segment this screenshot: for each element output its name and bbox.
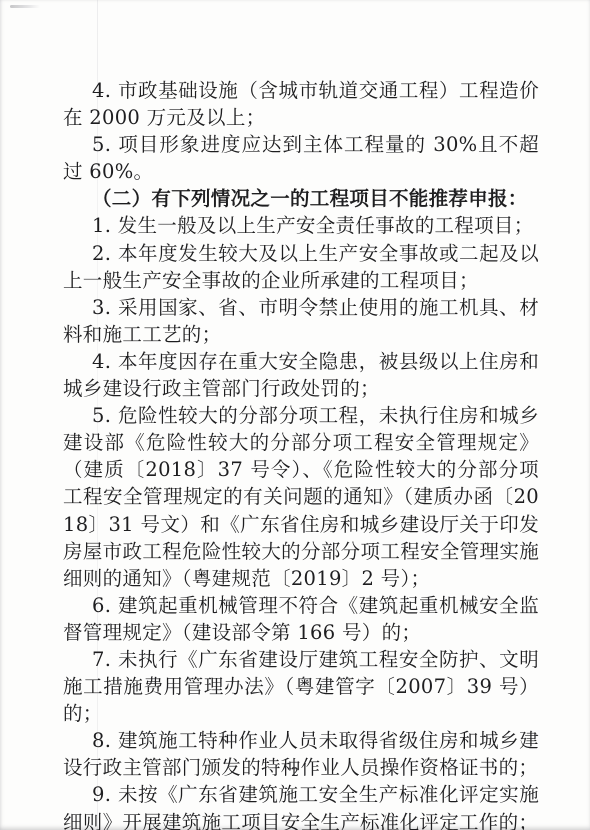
scanned-document-page: 4. 市政基础设施（含城市轨道交通工程）工程造价在 2000 万元及以上；5. … bbox=[0, 0, 590, 830]
paragraph: 3. 采用国家、省、市明令禁止使用的施工机具、材料和施工工艺的； bbox=[63, 294, 539, 348]
paragraph: 6. 建筑起重机械管理不符合《建筑起重机械安全监督管理规定》（建设部令第 166… bbox=[63, 592, 539, 646]
paragraph: 2. 本年度发生较大及以上生产安全事故或二起及以上一般生产安全事故的企业所承建的… bbox=[63, 240, 539, 294]
paragraph: 4. 市政基础设施（含城市轨道交通工程）工程造价在 2000 万元及以上； bbox=[63, 77, 539, 131]
paragraph: （二）有下列情况之一的工程项目不能推荐申报： bbox=[63, 185, 539, 212]
scan-streak-artifact bbox=[10, 5, 40, 8]
document-body: 4. 市政基础设施（含城市轨道交通工程）工程造价在 2000 万元及以上；5. … bbox=[63, 77, 539, 830]
paragraph: 5. 危险性较大的分部分项工程，未执行住房和城乡建设部《危险性较大的分部分项工程… bbox=[63, 402, 539, 592]
paragraph: 4. 本年度因存在重大安全隐患，被县级以上住房和城乡建设行政主管部门行政处罚的； bbox=[63, 348, 539, 402]
paragraph: 7. 未执行《广东省建设厅建筑工程安全防护、文明施工措施费用管理办法》（粤建管字… bbox=[63, 646, 539, 727]
paragraph: 9. 未按《广东省建筑施工安全生产标准化评定实施细则》开展建筑施工项目安全生产标… bbox=[63, 781, 539, 830]
paragraph: 1. 发生一般及以上生产安全责任事故的工程项目； bbox=[63, 212, 539, 239]
paragraph: 5. 项目形象进度应达到主体工程量的 30%且不超过 60%。 bbox=[63, 131, 539, 185]
page-number: 2 bbox=[0, 765, 590, 779]
